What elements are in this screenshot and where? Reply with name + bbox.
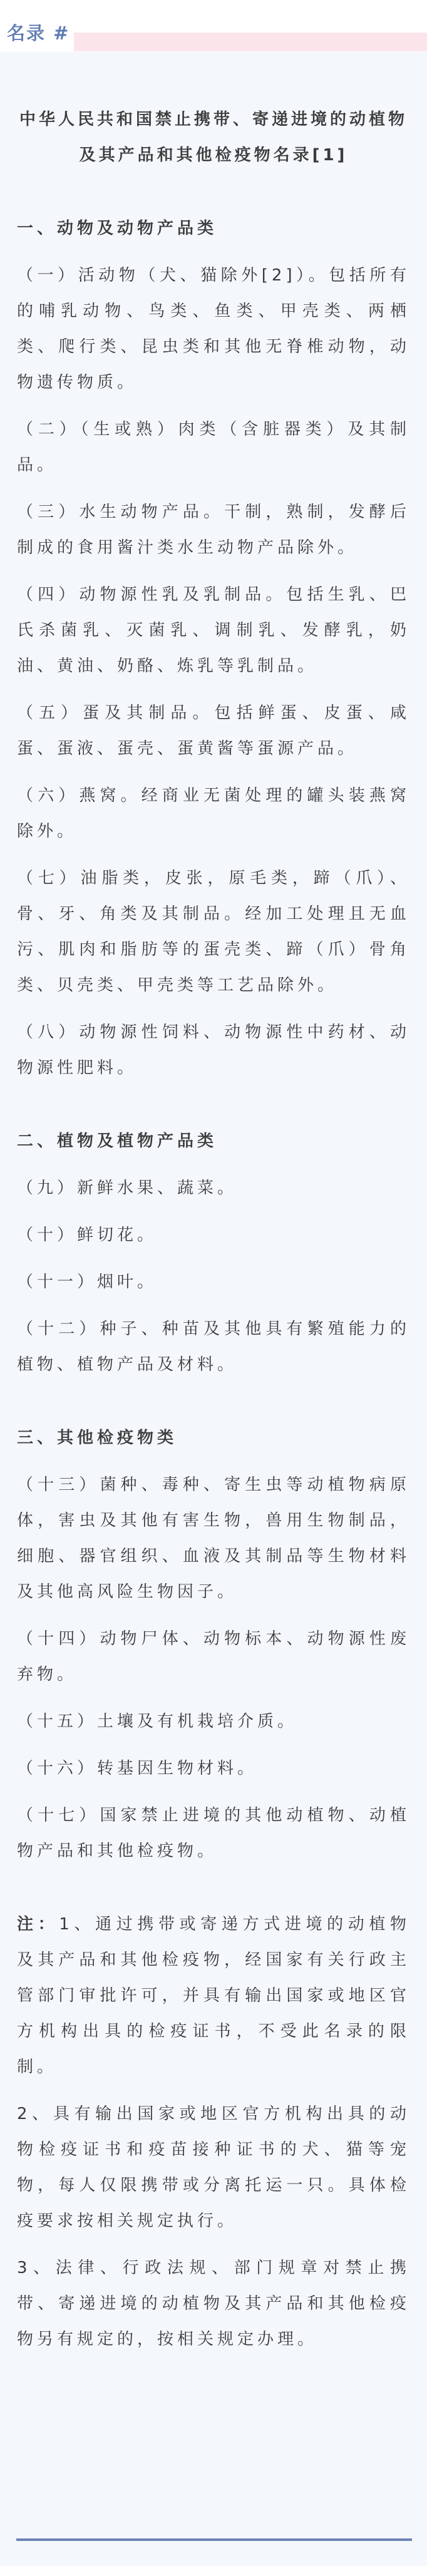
document-title: 中华人民共和国禁止携带、寄递进境的动植物及其产品和其他检疫物名录[1] — [17, 102, 410, 173]
list-item: （八）动物源性饲料、动物源性中药材、动物源性肥料。 — [17, 1015, 410, 1086]
list-item: （三）水生动物产品。干制，熟制，发酵后制成的食用酱汁类水生动物产品除外。 — [17, 495, 410, 566]
list-item: （十三）菌种、毒种、寄生虫等动植物病原体，害虫及其他有害生物，兽用生物制品，细胞… — [17, 1467, 410, 1610]
section-heading: 三、其他检疫物类 — [17, 1420, 410, 1456]
note-item: 3、法律、行政法规、部门规章对禁止携带、寄递进境的动植物及其产品和其他检疫物另有… — [17, 2250, 410, 2358]
note-item: 注：1、通过携带或寄递方式进境的动植物及其产品和其他检疫物，经国家有关行政主管部… — [17, 1907, 410, 2085]
section-heading: 二、植物及植物产品类 — [17, 1124, 410, 1159]
list-item: （六）燕窝。经商业无菌处理的罐头装燕窝除外。 — [17, 778, 410, 849]
list-item: （十六）转基因生物材料。 — [17, 1751, 410, 1787]
document-body: 中华人民共和国禁止携带、寄递进境的动植物及其产品和其他检疫物名录[1] 一、动物… — [17, 52, 410, 2358]
list-item: （十七）国家禁止进境的其他动植物、动植物产品和其他检疫物。 — [17, 1798, 410, 1869]
list-item: （十）鲜切花。 — [17, 1218, 410, 1253]
header-highlight-band — [74, 33, 427, 51]
note-item: 2、具有输出国家或地区官方机构出具的动物检疫证书和疫苗接种证书的犬、猫等宠物，每… — [17, 2096, 410, 2239]
note-text: 1、通过携带或寄递方式进境的动植物及其产品和其他检疫物，经国家有关行政主管部门审… — [17, 1915, 410, 2076]
list-item: （十一）烟叶。 — [17, 1265, 410, 1300]
section-divider — [16, 2538, 412, 2541]
section-heading: 一、动物及动物产品类 — [17, 211, 410, 247]
list-item: （五）蛋及其制品。包括鲜蛋、皮蛋、咸蛋、蛋液、蛋壳、蛋黄酱等蛋源产品。 — [17, 695, 410, 767]
list-item: （七）油脂类，皮张，原毛类，蹄（爪）、骨、牙、角类及其制品。经加工处理且无血污、… — [17, 861, 410, 1003]
section-header-label: 名录 # — [7, 24, 69, 43]
list-item: （十五）土壤及有机栽培介质。 — [17, 1704, 410, 1740]
section-header: 名录 # — [0, 24, 427, 41]
list-item: （四）动物源性乳及乳制品。包括生乳、巴氏杀菌乳、灭菌乳、调制乳、发酵乳，奶油、黄… — [17, 577, 410, 684]
list-item: （一）活动物（犬、猫除外[2]）。包括所有的哺乳动物、鸟类、鱼类、甲壳类、两栖类… — [17, 258, 410, 401]
note-label: 注： — [17, 1915, 59, 1934]
list-item: （二）（生或熟）肉类（含脏器类）及其制品。 — [17, 412, 410, 483]
list-item: （九）新鲜水果、蔬菜。 — [17, 1171, 410, 1206]
list-item: （十二）种子、种苗及其他具有繁殖能力的植物、植物产品及材料。 — [17, 1311, 410, 1383]
list-item: （十四）动物尸体、动物标本、动物源性废弃物。 — [17, 1621, 410, 1693]
